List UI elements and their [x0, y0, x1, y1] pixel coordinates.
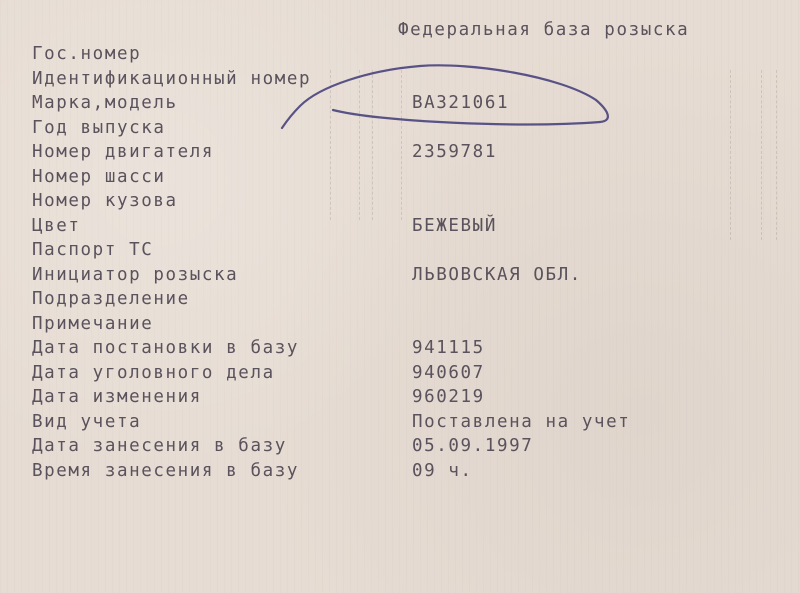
field-row: Номер двигателя 2359781 [32, 142, 792, 166]
field-row: Дата уголовного дела 940607 [32, 363, 792, 387]
field-row: Паспорт ТС [32, 240, 792, 264]
field-row: Год выпуска [32, 118, 792, 142]
field-label: Подразделение [32, 289, 190, 309]
field-label: Дата занесения в базу [32, 436, 287, 456]
field-row: Номер шасси [32, 167, 792, 191]
field-label: Дата постановки в базу [32, 338, 299, 358]
field-label: Марка,модель [32, 93, 178, 113]
field-row: Инициатор розыска ЛЬВОВСКАЯ ОБЛ. [32, 265, 792, 289]
field-label: Примечание [32, 314, 153, 334]
field-label: Дата уголовного дела [32, 363, 275, 383]
field-label: Инициатор розыска [32, 265, 238, 285]
field-row: Марка,модель BA321061 [32, 93, 792, 117]
field-value: 941115 [412, 338, 485, 358]
field-value: БЕЖЕВЫЙ [412, 216, 497, 236]
field-label: Паспорт ТС [32, 240, 153, 260]
field-row: Примечание [32, 314, 792, 338]
field-value: ЛЬВОВСКАЯ ОБЛ. [412, 265, 582, 285]
field-label: Идентификационный номер [32, 69, 311, 89]
document-title: Федеральная база розыска [398, 20, 689, 40]
field-row: Дата изменения 960219 [32, 387, 792, 411]
field-row: Вид учета Поставлена на учет [32, 412, 792, 436]
field-label: Гос.номер [32, 44, 141, 64]
field-label: Номер кузова [32, 191, 178, 211]
field-row: Время занесения в базу 09 ч. [32, 461, 792, 485]
field-value: 05.09.1997 [412, 436, 533, 456]
field-value: Поставлена на учет [412, 412, 630, 432]
field-value: 940607 [412, 363, 485, 383]
field-label: Год выпуска [32, 118, 166, 138]
field-label: Цвет [32, 216, 81, 236]
field-label: Номер двигателя [32, 142, 214, 162]
field-label: Время занесения в базу [32, 461, 299, 481]
field-row: Подразделение [32, 289, 792, 313]
field-row: Идентификационный номер [32, 69, 792, 93]
field-label: Номер шасси [32, 167, 166, 187]
field-row: Цвет БЕЖЕВЫЙ [32, 216, 792, 240]
field-value: BA321061 [412, 93, 509, 113]
printed-document: Федеральная база розыска Гос.номер Идент… [0, 0, 800, 593]
field-value: 09 ч. [412, 461, 473, 481]
field-label: Вид учета [32, 412, 141, 432]
field-row: Дата занесения в базу 05.09.1997 [32, 436, 792, 460]
field-row: Гос.номер [32, 44, 792, 68]
field-value: 960219 [412, 387, 485, 407]
field-row: Номер кузова [32, 191, 792, 215]
field-value: 2359781 [412, 142, 497, 162]
field-row: Дата постановки в базу 941115 [32, 338, 792, 362]
field-label: Дата изменения [32, 387, 202, 407]
